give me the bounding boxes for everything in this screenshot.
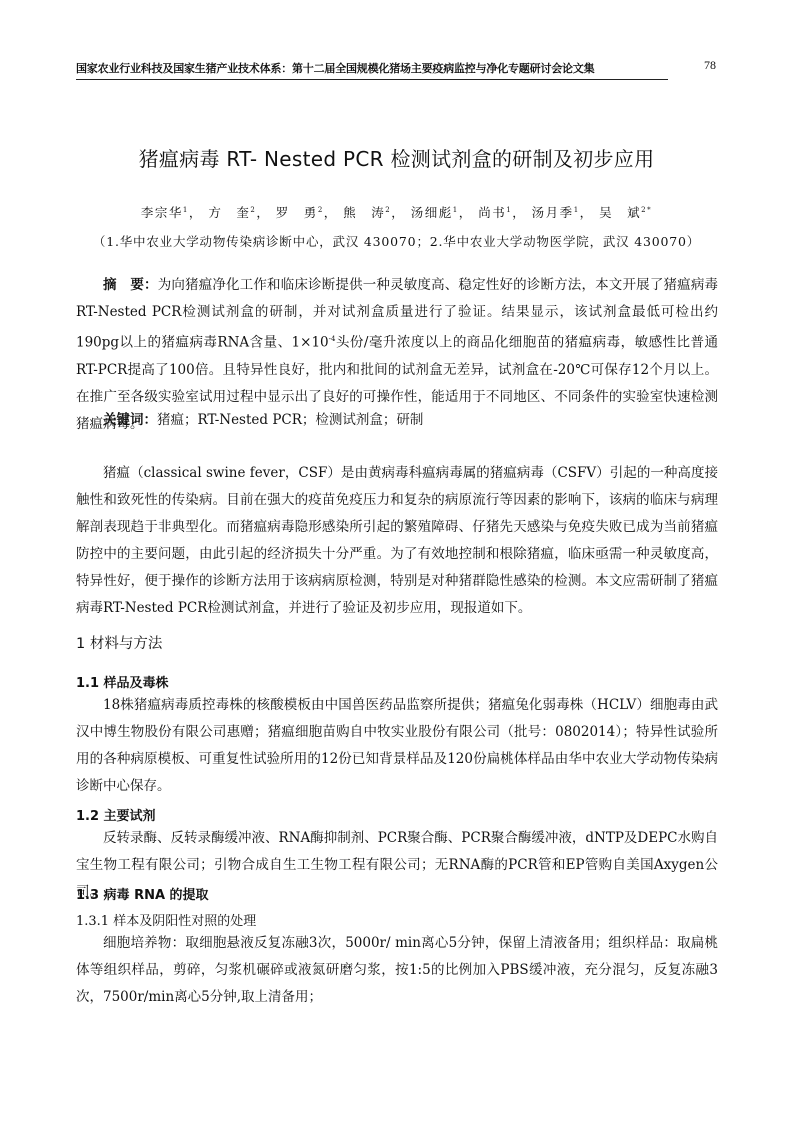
running-header: 国家农业行业科技及国家生猪产业技术体系：第十二届全国规模化猪场主要疫病监控与净化…	[76, 60, 668, 76]
affiliation-mark: 2*	[641, 206, 652, 214]
header-divider	[76, 79, 668, 80]
author: 汤月季	[532, 205, 574, 220]
affiliation-mark: 1	[183, 206, 189, 214]
affiliation-mark: 2	[318, 206, 324, 214]
section-heading-1: 1 材料与方法	[76, 632, 162, 653]
paragraph-sample-processing: 细胞培养物：取细胞悬液反复冻融3次，5000r/ min离心5分钟，保留上清液备…	[76, 930, 718, 1011]
section-heading-1-3-1: 1.3.1 样本及阴阳性对照的处理	[76, 910, 256, 929]
keywords: 关键词：猪瘟；RT-Nested PCR；检测试剂盒；研制	[76, 407, 718, 434]
author: 方 奎	[208, 205, 250, 220]
keywords-text: 猪瘟；RT-Nested PCR；检测试剂盒；研制	[157, 412, 423, 428]
affiliations: （1.华中农业大学动物传染病诊断中心，武汉 430070；2.华中农业大学动物医…	[0, 232, 793, 250]
author: 熊 涛	[343, 205, 385, 220]
author: 尚书	[478, 205, 506, 220]
author: 李宗华	[141, 205, 183, 220]
section-heading-1-1: 1.1 样品及毒株	[76, 672, 169, 691]
author: 汤细彪	[411, 205, 453, 220]
affiliation-mark: 1	[453, 206, 459, 214]
paper-title: 猪瘟病毒 RT- Nested PCR 检测试剂盒的研制及初步应用	[0, 143, 793, 172]
affiliation-mark: 2	[385, 206, 391, 214]
author: 吴 斌	[599, 205, 641, 220]
author: 罗 勇	[276, 205, 318, 220]
affiliation-mark: 1	[574, 206, 580, 214]
intro-paragraph: 猪瘟（classical swine fever，CSF）是由黄病毒科瘟病毒属的…	[76, 460, 718, 622]
author-list: 李宗华1， 方 奎2， 罗 勇2， 熊 涛2， 汤细彪1， 尚书1， 汤月季1，…	[0, 203, 793, 221]
abstract-label: 摘 要：	[103, 277, 158, 293]
page-number: 78	[704, 58, 716, 73]
section-heading-1-2: 1.2 主要试剂	[76, 805, 156, 824]
paragraph-samples: 18株猪瘟病毒质控毒株的核酸模板由中国兽医药品监察所提供；猪瘟兔化弱毒株（HCL…	[76, 692, 718, 800]
section-heading-1-3: 1.3 病毒 RNA 的提取	[76, 884, 209, 903]
affiliation-mark: 1	[506, 206, 512, 214]
keywords-label: 关键词：	[103, 412, 157, 428]
affiliation-mark: 2	[250, 206, 256, 214]
